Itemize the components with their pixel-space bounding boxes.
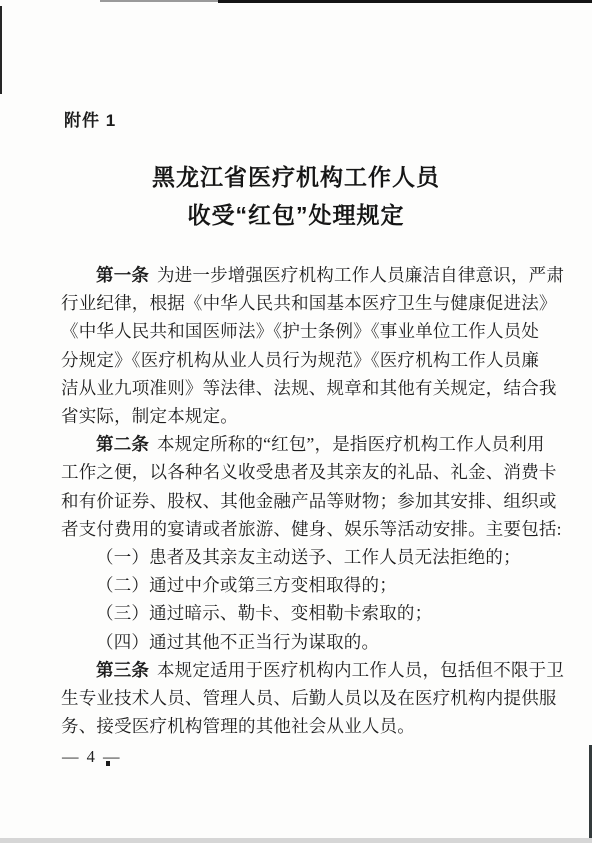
body-line: 工作之便，以各种名义收受患者及其亲友的礼品、礼金、消费卡	[61, 458, 557, 486]
body-line-text: 洁从业九项准则》等法律、法规、规章和其他有关规定，结合我	[61, 378, 557, 398]
document-body: 第一条为进一步增强医疗机构工作人员廉洁自律意识，严肃 行业纪律，根据《中华人民共…	[61, 261, 557, 740]
body-line-text: 行业纪律，根据《中华人民共和国基本医疗卫生与健康促进法》	[61, 293, 557, 313]
body-line-text: （四）通过其他不正当行为谋取的。	[96, 632, 379, 652]
scan-artifact-bottom-edge	[0, 838, 592, 843]
body-line-text: 分规定》《医疗机构从业人员行为规范》《医疗机构工作人员廉	[61, 350, 539, 370]
body-line: （二）通过中介或第三方变相取得的；	[61, 571, 557, 599]
body-line: 和有价证券、股权、其他金融产品等财物；参加其安排、组织或	[61, 487, 557, 515]
body-line-text: 本规定适用于医疗机构内工作人员，包括但不限于卫	[157, 660, 564, 680]
body-line: 省实际，制定本规定。	[61, 402, 557, 430]
body-line-text: 务、接受医疗机构管理的其他社会从业人员。	[61, 716, 415, 736]
document-title: 黑龙江省医疗机构工作人员收受“红包”处理规定	[0, 158, 592, 234]
body-line-text: 和有价证券、股权、其他金融产品等财物；参加其安排、组织或	[61, 491, 557, 511]
scan-artifact-left-edge	[0, 6, 2, 94]
body-line: 第一条为进一步增强医疗机构工作人员廉洁自律意识，严肃	[61, 261, 557, 289]
scan-artifact-top-gray	[100, 0, 218, 2]
body-line: 《中华人民共和国医师法》《护士条例》《事业单位工作人员处	[61, 317, 557, 345]
body-line-text: （二）通过中介或第三方变相取得的；	[96, 575, 397, 595]
article-number: 第三条	[96, 660, 149, 680]
body-line: 分规定》《医疗机构从业人员行为规范》《医疗机构工作人员廉	[61, 346, 557, 374]
body-line: 者支付费用的宴请或者旅游、健身、娱乐等活动安排。主要包括:	[61, 515, 557, 543]
body-line-text: 为进一步增强医疗机构工作人员廉洁自律意识，严肃	[157, 265, 564, 285]
body-line: 行业纪律，根据《中华人民共和国基本医疗卫生与健康促进法》	[61, 289, 557, 317]
document-title-line1: 黑龙江省医疗机构工作人员	[152, 164, 440, 190]
article-number: 第一条	[96, 265, 149, 285]
body-line-text: 本规定所称的“红包”，是指医疗机构工作人员利用	[157, 434, 545, 454]
body-line: （三）通过暗示、勒卡、变相勒卡索取的；	[61, 599, 557, 627]
body-line: 第三条本规定适用于医疗机构内工作人员，包括但不限于卫	[61, 656, 557, 684]
body-line: （一）患者及其亲友主动送予、工作人员无法拒绝的；	[61, 543, 557, 571]
document-title-line2: 收受“红包”处理规定	[188, 202, 405, 228]
body-line-text: 生专业技术人员、管理人员、后勤人员以及在医疗机构内提供服	[61, 688, 557, 708]
body-line: 洁从业九项准则》等法律、法规、规章和其他有关规定，结合我	[61, 374, 557, 402]
body-line-text: （一）患者及其亲友主动送予、工作人员无法拒绝的；	[96, 547, 521, 567]
scan-artifact-top-black	[218, 0, 592, 3]
body-line-text: 省实际，制定本规定。	[61, 406, 238, 426]
body-line-text: 者支付费用的宴请或者旅游、健身、娱乐等活动安排。主要包括:	[61, 519, 562, 539]
body-line-text: 《中华人民共和国医师法》《护士条例》《事业单位工作人员处	[61, 321, 539, 341]
body-line: （四）通过其他不正当行为谋取的。	[61, 628, 557, 656]
document-page: 附件 1 黑龙江省医疗机构工作人员收受“红包”处理规定 第一条为进一步增强医疗机…	[0, 0, 592, 843]
page-number: — 4 —	[62, 747, 122, 767]
body-line: 第二条本规定所称的“红包”，是指医疗机构工作人员利用	[61, 430, 557, 458]
body-line-text: （三）通过暗示、勒卡、变相勒卡索取的；	[96, 603, 432, 623]
attachment-label: 附件 1	[64, 106, 116, 131]
article-number: 第二条	[96, 434, 149, 454]
body-line: 生专业技术人员、管理人员、后勤人员以及在医疗机构内提供服	[61, 684, 557, 712]
body-line-text: 工作之便，以各种名义收受患者及其亲友的礼品、礼金、消费卡	[61, 462, 557, 482]
body-line: 务、接受医疗机构管理的其他社会从业人员。	[61, 712, 557, 740]
